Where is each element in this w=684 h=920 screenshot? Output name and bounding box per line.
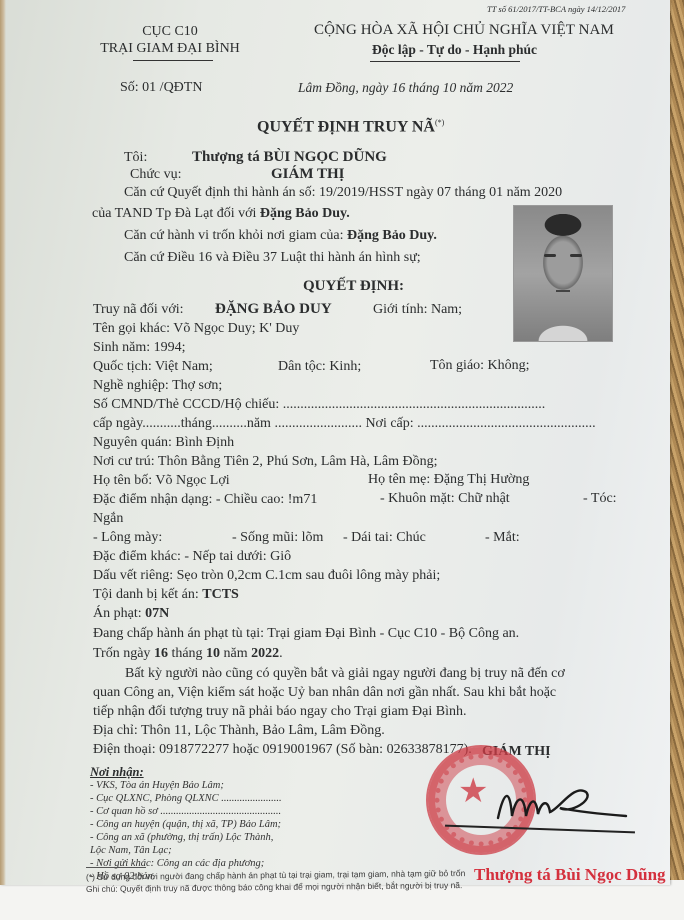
ethnicity: Dân tộc: Kinh; [278,359,361,375]
occupation: Nghề nghiệp: Thợ sơn; [93,378,222,394]
instruction-line-1: Bất kỳ người nào cũng có quyền bắt và gi… [125,666,565,682]
sentence-label: Án phạt: [93,606,145,621]
decision-heading: QUYẾT ĐỊNH: [303,278,404,295]
footnote-divider [86,867,146,868]
escape-month: 10 [206,646,220,661]
title-footnote-mark: (*) [435,118,444,127]
position-label: Chức vụ: [130,167,182,183]
instruction-line-3: tiếp nhận đối tượng truy nã phải báo nga… [93,704,467,720]
ground-line-4: Căn cứ Điều 16 và Điều 37 Luật thi hành … [124,250,421,266]
crime: Tội danh bị kết án: TCTS [93,587,239,603]
mother-name: Họ tên mẹ: Đặng Thị Hường [368,472,529,488]
hair-value: Ngắn [93,511,123,527]
circular-reference: TT số 61/2017/TT-BCA ngày 14/12/2017 [487,4,625,14]
earlobe: - Dái tai: Chúc [343,530,426,546]
other-features: Đặc điểm khác: - Nếp tai dưới: Giô [93,549,291,565]
ground-line-2-text: của TAND Tp Đà Lạt đối với [92,206,260,221]
escape-end: . [279,646,283,661]
instruction-line-2: quan Công an, Viện kiểm sát hoặc Uỷ ban … [93,685,556,701]
recipient-item: - Cục QLXNC, Phòng QLXNC ...............… [90,793,282,804]
place-date: Lâm Đồng, ngày 16 tháng 10 năm 2022 [298,80,513,96]
document-number: Số: 01 /QĐTN [120,80,202,96]
escape-date: Trốn ngày 16 tháng 10 năm 2022. [93,646,283,662]
distinguishing-marks: Dấu vết riêng: Sẹo tròn 0,2cm C.1cm sau … [93,568,440,584]
id-number: Số CMND/Thẻ CCCD/Hộ chiếu: .............… [93,397,545,413]
contact-phone: Điện thoại: 0918772277 hoặc 0919001967 (… [93,742,472,758]
hair-label: - Tóc: [583,491,617,507]
gender: Giới tính: Nam; [373,302,462,318]
serving-location: Đang chấp hành án phạt tù tại: Trại giam… [93,626,519,642]
id-issue: cấp ngày...........tháng..........năm ..… [93,416,596,432]
aliases: Tên gọi khác: Võ Ngọc Duy; K' Duy [93,321,299,337]
ground-line-3-name: Đặng Bảo Duy. [347,228,437,243]
agency-underline [133,60,213,61]
eyes: - Mắt: [485,530,520,546]
agency-parent: CỤC C10 [100,24,240,40]
ground-line-1: Căn cứ Quyết định thi hành án số: 19/201… [124,185,562,201]
sentence-value: 07N [145,606,169,621]
eyebrows: - Lông mày: [93,530,162,546]
photo-eye-right [570,254,582,257]
country-title: CỘNG HÒA XÃ HỘI CHỦ NGHĨA VIỆT NAM [314,22,614,39]
document-page: TT số 61/2017/TT-BCA ngày 14/12/2017 CỤC… [0,0,670,885]
photo-mouth [556,290,570,292]
origin: Nguyên quán: Bình Định [93,435,234,451]
title-text: QUYẾT ĐỊNH TRUY NÃ [257,118,435,135]
agency-name-text: TRẠI GIAM ĐẠI BÌNH [100,41,240,56]
document-title: QUYẾT ĐỊNH TRUY NÃ(*) [257,118,444,136]
ground-line-3-text: Căn cứ hành vi trốn khỏi nơi giam của: [124,228,347,243]
features: Đặc điểm nhận dạng: - Chiều cao: !m71 [93,492,317,508]
nose: - Sống mũi: lõm [232,530,323,546]
agency-name: TRẠI GIAM ĐẠI BÌNH [95,41,245,57]
recipients-heading: Nơi nhận: [90,765,144,780]
crime-value: TCTS [202,587,239,602]
escape-year: 2022 [251,646,279,661]
recipient-item: - VKS, Tòa án Huyện Bảo Lâm; [90,780,224,791]
signer-name: Thượng tá Bùi Ngọc Dũng [474,865,666,885]
crime-label: Tội danh bị kết án: [93,587,202,602]
sentence: Án phạt: 07N [93,606,169,622]
escape-mid2: năm [220,646,251,661]
nationality: Quốc tịch: Việt Nam; [93,359,213,375]
birth-year: Sinh năm: 1994; [93,340,186,356]
contact-address: Địa chỉ: Thôn 11, Lộc Thành, Bảo Lâm, Lâ… [93,723,385,739]
recipient-item: - Công an huyện (quận, thị xã, TP) Bảo L… [90,819,281,830]
ground-line-3: Căn cứ hành vi trốn khỏi nơi giam của: Đ… [124,228,437,244]
father-name: Họ tên bố: Võ Ngọc Lợi [93,473,230,489]
escape-mid: tháng [168,646,206,661]
issuer-label: Tôi: [124,150,147,166]
face-shape: - Khuôn mặt: Chữ nhật [380,491,510,507]
ground-line-2-name: Đặng Bảo Duy. [260,206,350,221]
issuer-name: Thượng tá BÙI NGỌC DŨNG [192,149,387,166]
residence: Nơi cư trú: Thôn Bằng Tiên 2, Phú Sơn, L… [93,454,438,470]
recipient-item: - Công an xã (phường, thị trấn) Lộc Thàn… [90,832,273,843]
escape-prefix: Trốn ngày [93,646,154,661]
footnote-line-2: Ghi chú: Quyết định truy nã được thông b… [86,880,462,894]
wanted-label: Truy nã đối với: [93,302,184,318]
motto: Độc lập - Tự do - Hạnh phúc [372,42,537,58]
escape-day: 16 [154,646,168,661]
star-icon: ★ [458,775,488,809]
position-value: GIÁM THỊ [271,166,344,183]
photo-eye-left [544,254,556,257]
motto-underline [370,61,520,62]
recipient-item: - Cơ quan hồ sơ ........................… [90,806,281,817]
recipient-item: Lộc Nam, Tân Lạc; [90,845,172,856]
religion: Tôn giáo: Không; [430,358,530,374]
wanted-name: ĐẶNG BẢO DUY [215,301,332,318]
subject-photo [513,205,613,342]
ground-line-2: của TAND Tp Đà Lạt đối với Đặng Bảo Duy. [92,206,350,222]
